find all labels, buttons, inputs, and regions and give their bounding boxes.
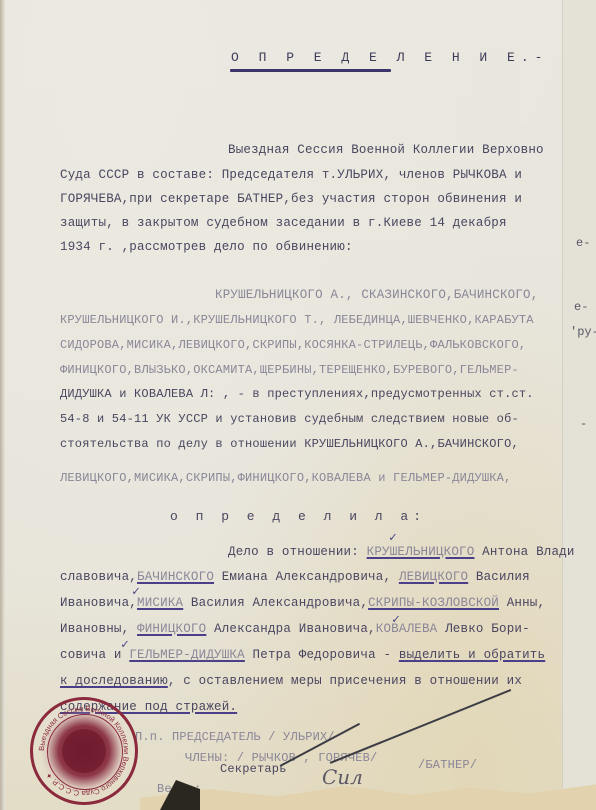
intro-line-4: защиты, в закрытом судебном заседании в … [60, 216, 507, 230]
margin-note: е- [574, 300, 588, 314]
underlined-name: МИСИКА [137, 596, 183, 610]
underlying-page-strip [562, 0, 596, 810]
underlined-phrase: к доследованию [60, 674, 168, 688]
underlined-name: КРУШЕЛЬНИЦКОГО [367, 545, 475, 559]
text: Дело в отношении: [228, 545, 367, 559]
title-underline [230, 69, 391, 72]
text: Василия Александровича, [183, 596, 368, 610]
text: Левко Бори- [437, 622, 529, 636]
intro-line-3: ГОРЯЧЕВА,при секретаре БАТНЕР,без участи… [60, 192, 522, 206]
secretary-name: /БАТНЕР/ [418, 758, 477, 772]
intro-line-1: Выездная Сессия Военной Коллегии Верховн… [228, 143, 544, 157]
margin-note: - [580, 417, 587, 431]
text: Петра Федоровича - [245, 648, 399, 662]
accused-line-8: ЛЕВИЦКОГО,МИСИКА,СКРИПЫ,ФИНИЦКОГО,КОВАЛЕ… [60, 471, 511, 485]
decision-heading: о п р е д е л и л а: [0, 509, 596, 524]
underlined-phrase: выделить и обратить [399, 648, 545, 662]
decision-line-4: Ивановны, ФИНИЦКОГО Александра Ивановича… [60, 622, 530, 636]
underlined-name: ЛЕВИЦКОГО [399, 570, 468, 584]
text: Емиана Александровича, [214, 570, 399, 584]
accused-line-3: СИДОРОВА,МИСИКА,ЛЕВИЦКОГО,СКРИПЫ,КОСЯНКА… [60, 338, 526, 352]
accused-line-5: ДИДУШКА и КОВАЛЕВА Л: , - в преступления… [60, 387, 534, 401]
underlined-name: БАЧИНСКОГО [137, 570, 214, 584]
decision-line-5: совича и ГЕЛЬМЕР-ДИДУШКА Петра Федорович… [60, 648, 545, 662]
chairman-signature-line: П.п. ПРЕДСЕДАТЕЛЬ / УЛЬРИХ/ [135, 730, 335, 744]
check-mark: ✓ [389, 530, 397, 545]
name: КОВАЛЕВА [376, 622, 438, 636]
accused-line-2: КРУШЕЛЬНИЦКОГО И.,КРУШЕЛЬНИЦКОГО Т., ЛЕБ… [60, 313, 534, 327]
handwritten-signature: Сил [322, 765, 363, 789]
check-mark: ✓ [132, 584, 140, 599]
secretary-label: Секретарь [220, 762, 287, 776]
accused-line-4: ФИНИЦКОГО,ВЛЫЗЬКО,ОКСАМИТА,ЩЕРБИНЫ,ТЕРЕЩ… [60, 363, 519, 377]
stamp-emblem-icon: Выездная Сессия Военной Коллегии Верховн… [33, 700, 135, 802]
official-seal-stamp: Выездная Сессия Военной Коллегии Верховн… [30, 697, 138, 805]
check-mark: ✓ [121, 637, 129, 652]
decision-line-1: Дело в отношении: КРУШЕЛЬНИЦКОГО Антона … [228, 545, 575, 559]
underlined-name: ГЕЛЬМЕР-ДИДУШКА [129, 648, 245, 662]
text: , с оставлением меры присечения в отноше… [168, 674, 522, 688]
margin-note: е- [576, 236, 590, 250]
document-page [0, 0, 596, 810]
page-edge [0, 0, 5, 810]
text: Александра Ивановича, [206, 622, 375, 636]
text: славовича, [60, 570, 137, 584]
text: Василия [468, 570, 530, 584]
check-mark: ✓ [392, 612, 400, 627]
decision-line-2: славовича,БАЧИНСКОГО Емиана Александрови… [60, 570, 530, 584]
text: Ивановича, [60, 596, 137, 610]
text: Ивановны, [60, 622, 137, 636]
decision-line-6: к доследованию, с оставлением меры присе… [60, 674, 522, 688]
intro-line-5: 1934 г. ,рассмотрев дело по обвинению: [60, 240, 353, 254]
text: Анны, [499, 596, 545, 610]
text: Антона Влади [474, 545, 574, 559]
accused-line-1: КРУШЕЛЬНИЦКОГО А., СКАЗИНСКОГО,БАЧИНСКОГ… [215, 288, 538, 302]
margin-note: 'ру- [570, 325, 596, 339]
underlined-name: ФИНИЦКОГО [137, 622, 206, 636]
accused-line-7: стоятельства по делу в отношении КРУШЕЛЬ… [60, 437, 519, 451]
accused-line-6: 54-8 и 54-11 УК УССР и установив судебны… [60, 412, 519, 426]
document-title: О П Р Е Д Е Л Е Н И Е.- [231, 50, 548, 65]
underlined-name: СКРИПЫ-КОЗЛОВСКОЙ [368, 596, 499, 610]
intro-line-2: Суда СССР в составе: Председателя т.УЛЬР… [60, 168, 522, 182]
text: совича и [60, 648, 129, 662]
